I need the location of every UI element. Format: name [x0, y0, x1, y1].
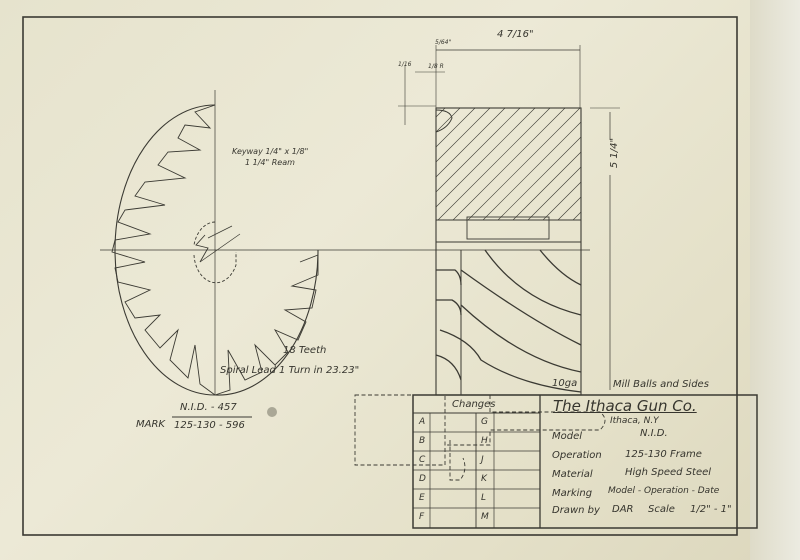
mark-bottom: 125-130 - 596: [174, 421, 245, 431]
change-letter: L: [481, 494, 486, 503]
dimension-small-1: 5/64": [435, 40, 451, 46]
dimension-width: 4 7/16": [497, 30, 534, 40]
company-name: The Ithaca Gun Co.: [553, 399, 697, 414]
change-letter: G: [481, 418, 488, 427]
mark-top: N.I.D. - 457: [180, 403, 237, 413]
change-letter: A: [419, 418, 425, 427]
model-value: N.I.D.: [640, 429, 668, 439]
model-label: Model: [552, 432, 582, 442]
operation-label: Operation: [552, 451, 602, 461]
dimension-height: 5 1/4": [610, 138, 620, 168]
ream-note: 1 1/4" Ream: [245, 159, 295, 167]
change-letter: K: [481, 475, 487, 484]
part-description: Mill Balls and Sides: [613, 380, 709, 390]
teeth-note: 18 Teeth: [283, 346, 326, 356]
change-letter: E: [419, 494, 425, 503]
dimension-small-3: 1/8 R: [428, 64, 444, 70]
change-letter: D: [419, 475, 426, 484]
operation-value: 125-130 Frame: [625, 450, 702, 460]
dimension-small-2: 1/16: [398, 62, 411, 68]
company-location: Ithaca, N.Y: [610, 417, 659, 426]
change-letter: J: [481, 456, 484, 465]
change-letter: F: [419, 513, 424, 522]
side-view-outline: [436, 108, 581, 395]
change-letter: C: [419, 456, 425, 465]
keyway-note: Keyway 1/4" x 1/8": [232, 148, 308, 156]
mark-label: MARK: [136, 420, 165, 430]
drawn-by-value: DAR: [612, 505, 634, 515]
drawn-by-label: Drawn by: [552, 506, 600, 516]
scale-value: 1/2" - 1": [690, 505, 732, 515]
change-letter: H: [481, 437, 488, 446]
marking-value: Model - Operation - Date: [608, 487, 719, 496]
hatching: [436, 108, 581, 220]
changes-title: Changes: [452, 400, 496, 410]
marking-label: Marking: [552, 489, 592, 499]
change-letter: B: [419, 437, 425, 446]
material-value: High Speed Steel: [625, 468, 711, 478]
gauge-note: 10ga: [552, 379, 577, 389]
change-letter: M: [481, 513, 489, 522]
material-label: Material: [552, 470, 593, 480]
spiral-flutes: [436, 250, 581, 392]
scale-label: Scale: [648, 505, 675, 515]
spiral-note: Spiral Lead 1 Turn in 23.23": [220, 366, 359, 376]
